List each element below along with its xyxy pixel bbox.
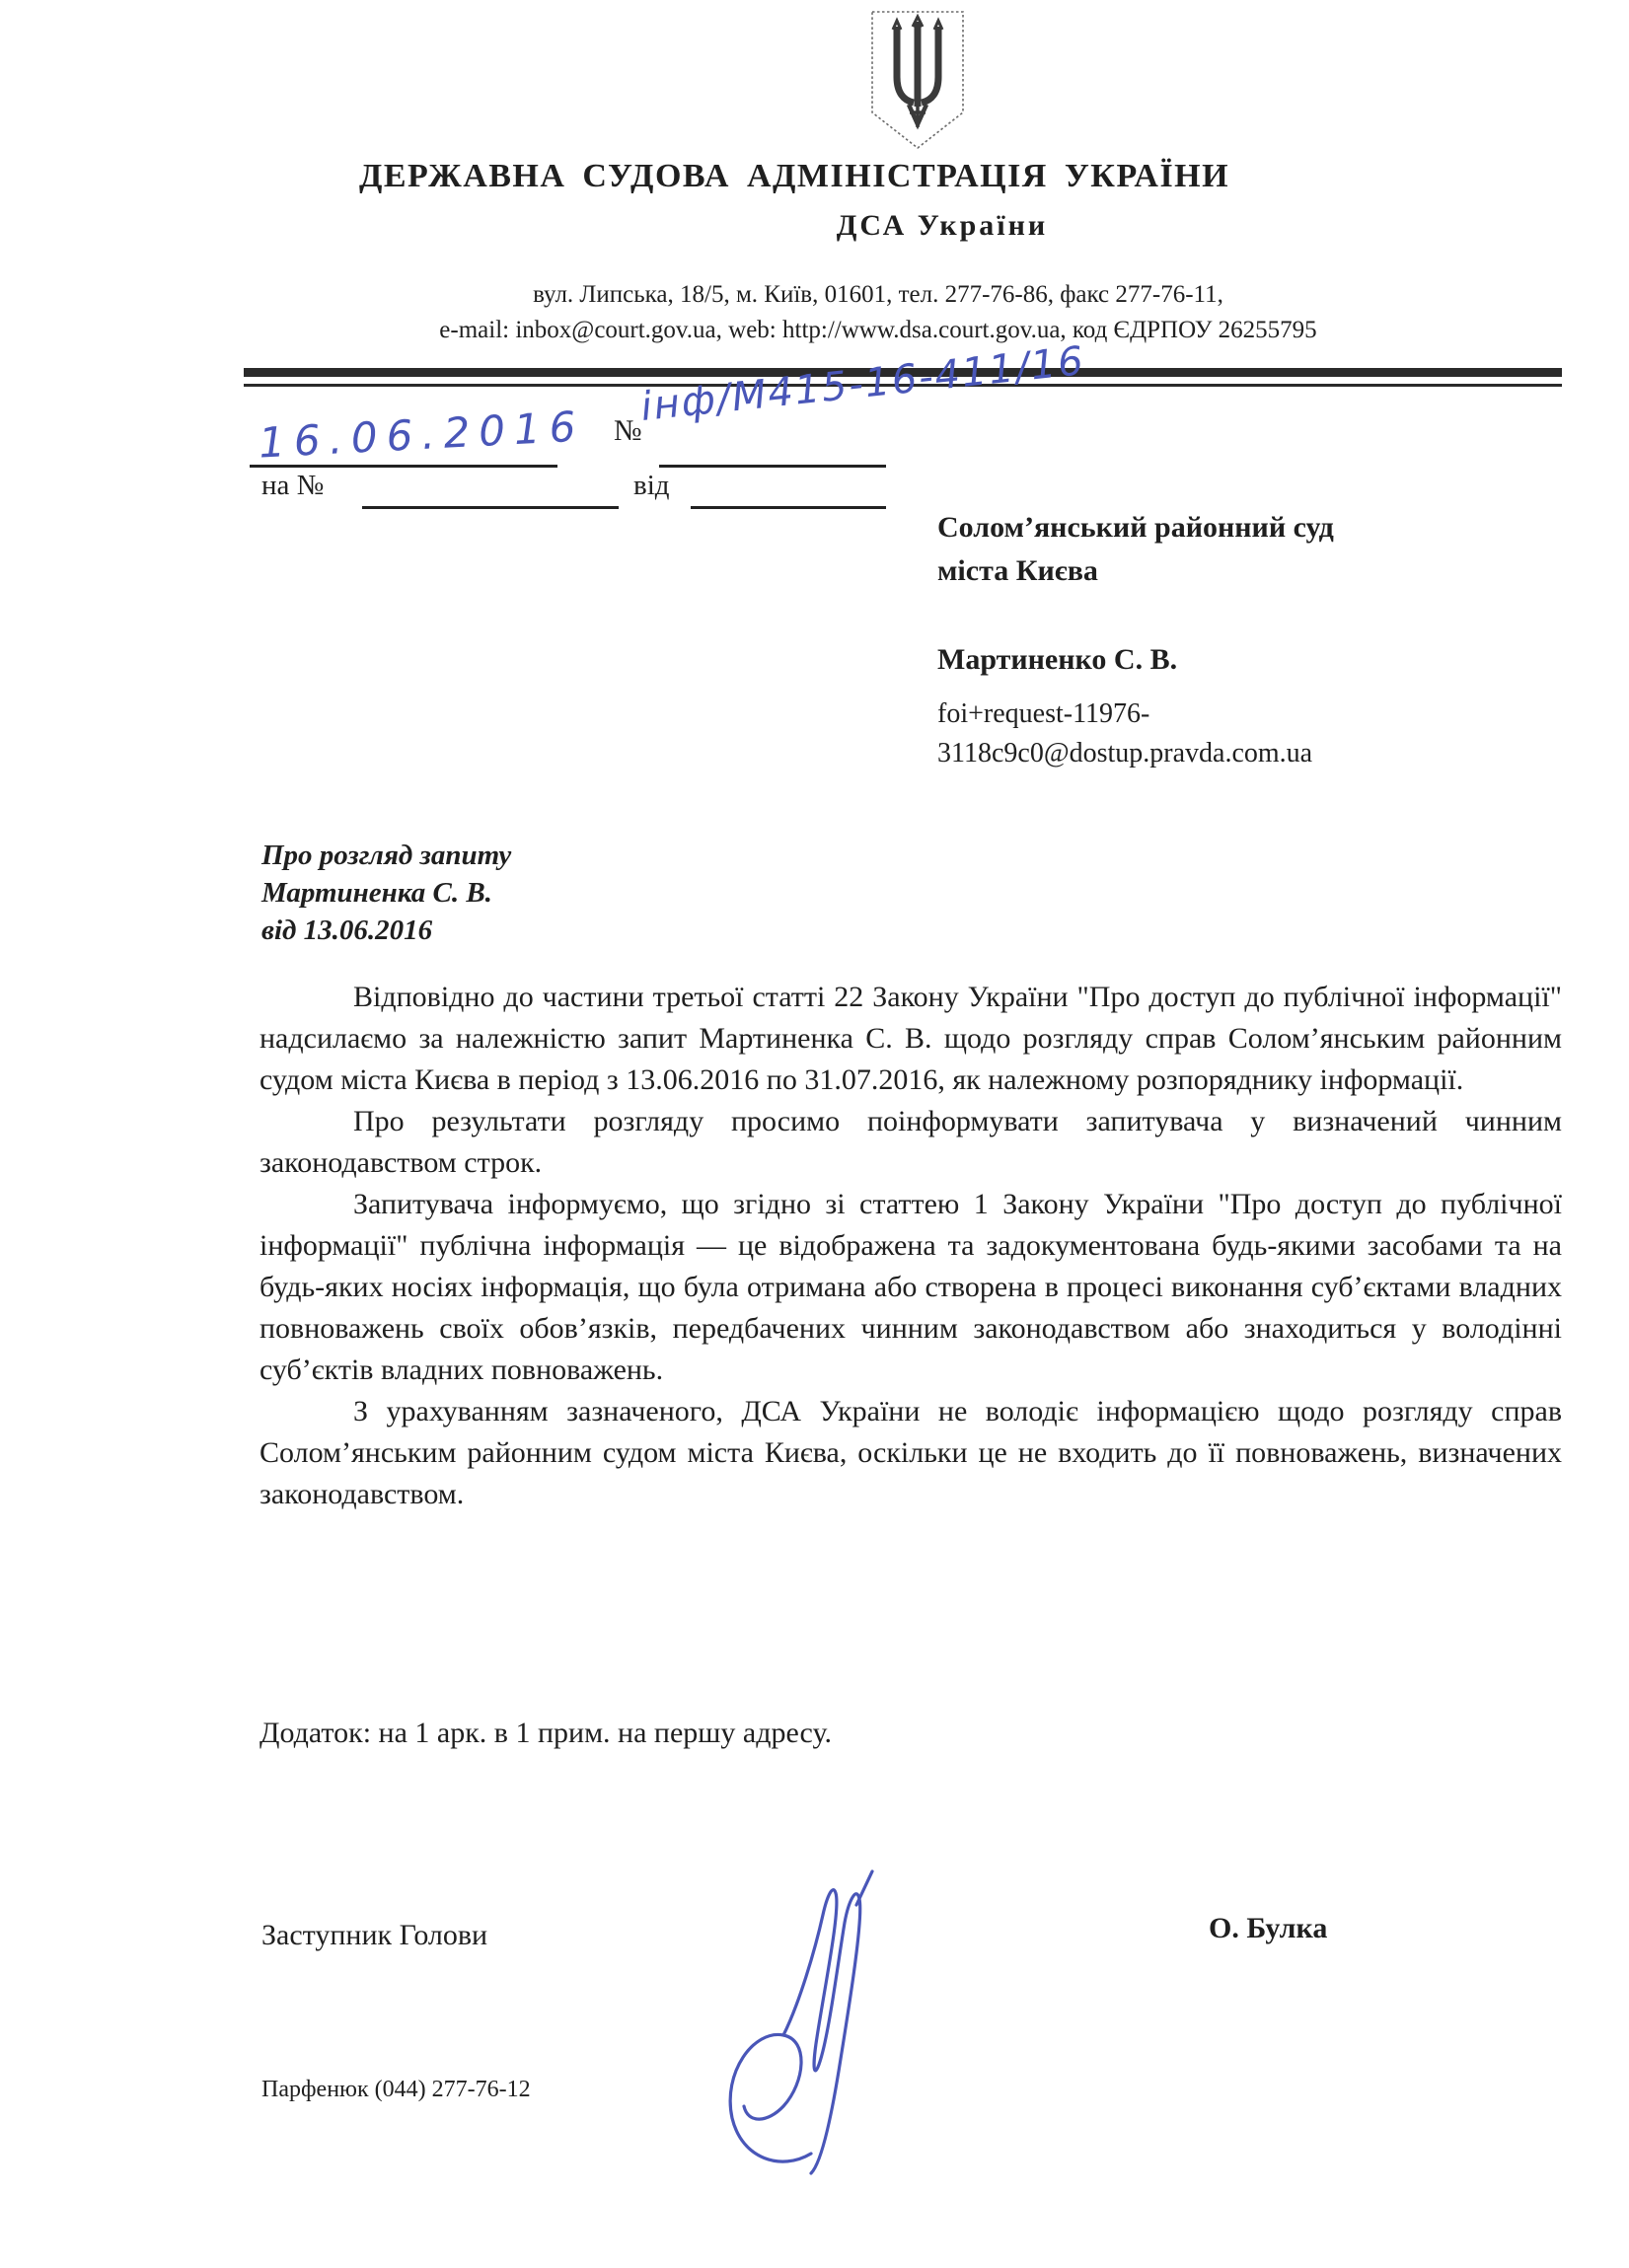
signer-name: О. Булка <box>1209 1912 1327 1945</box>
ukraine-trident-emblem-icon <box>865 8 970 154</box>
recipient-court-line1: Солом’янський районний суд <box>937 511 1334 545</box>
executor-contact: Парфенюк (044) 277-76-12 <box>261 2077 531 2103</box>
paragraph-1: Відповідно до частини третьої статті 22 … <box>259 977 1562 1101</box>
org-short-name: ДСА України <box>335 209 1549 243</box>
signature-handwritten <box>712 1860 925 2175</box>
recipient-person: Мартиненко С. В. <box>937 643 1177 677</box>
subject-line3: від 13.06.2016 <box>261 912 775 949</box>
subject-block: Про розгляд запиту Мартиненка С. В. від … <box>261 837 775 949</box>
subject-line2: Мартиненка С. В. <box>261 874 775 912</box>
outgoing-number-handwritten: інф/М415-16-411/16 <box>638 338 1087 430</box>
incoming-date-underline <box>691 506 886 509</box>
incoming-number-label: на № <box>261 470 324 502</box>
org-address-line2: e-mail: inbox@court.gov.ua, web: http://… <box>257 317 1500 344</box>
paragraph-3: Запитувача інформуємо, що згідно зі стат… <box>259 1184 1562 1391</box>
incoming-number-underline <box>362 506 619 509</box>
paragraph-2: Про результати розгляду просимо поінформ… <box>259 1101 1562 1184</box>
recipient-court-line2: міста Києва <box>937 554 1098 588</box>
recipient-email-line1: foi+request-11976- <box>937 698 1149 730</box>
org-name: ДЕРЖАВНА СУДОВА АДМІНІСТРАЦІЯ УКРАЇНИ <box>187 158 1401 195</box>
subject-line1: Про розгляд запиту <box>261 837 775 874</box>
org-address-line1: вул. Липська, 18/5, м. Київ, 01601, тел.… <box>257 281 1500 309</box>
outgoing-number-underline <box>659 465 886 468</box>
attachment-note: Додаток: на 1 арк. в 1 прим. на першу ад… <box>259 1717 832 1750</box>
signer-position-title: Заступник Голови <box>261 1919 487 1952</box>
outgoing-date-underline <box>250 465 557 468</box>
outgoing-date-handwritten: 16.06.2016 <box>258 402 586 467</box>
number-label: № <box>614 414 642 448</box>
paragraph-4: З урахуванням зазначеного, ДСА України н… <box>259 1391 1562 1515</box>
scanned-letter-page: ДЕРЖАВНА СУДОВА АДМІНІСТРАЦІЯ УКРАЇНИ ДС… <box>0 0 1629 2268</box>
letter-body: Відповідно до частини третьої статті 22 … <box>259 977 1562 1515</box>
incoming-date-label: від <box>633 470 670 502</box>
recipient-email-line2: 3118c9c0@dostup.pravda.com.ua <box>937 738 1312 769</box>
